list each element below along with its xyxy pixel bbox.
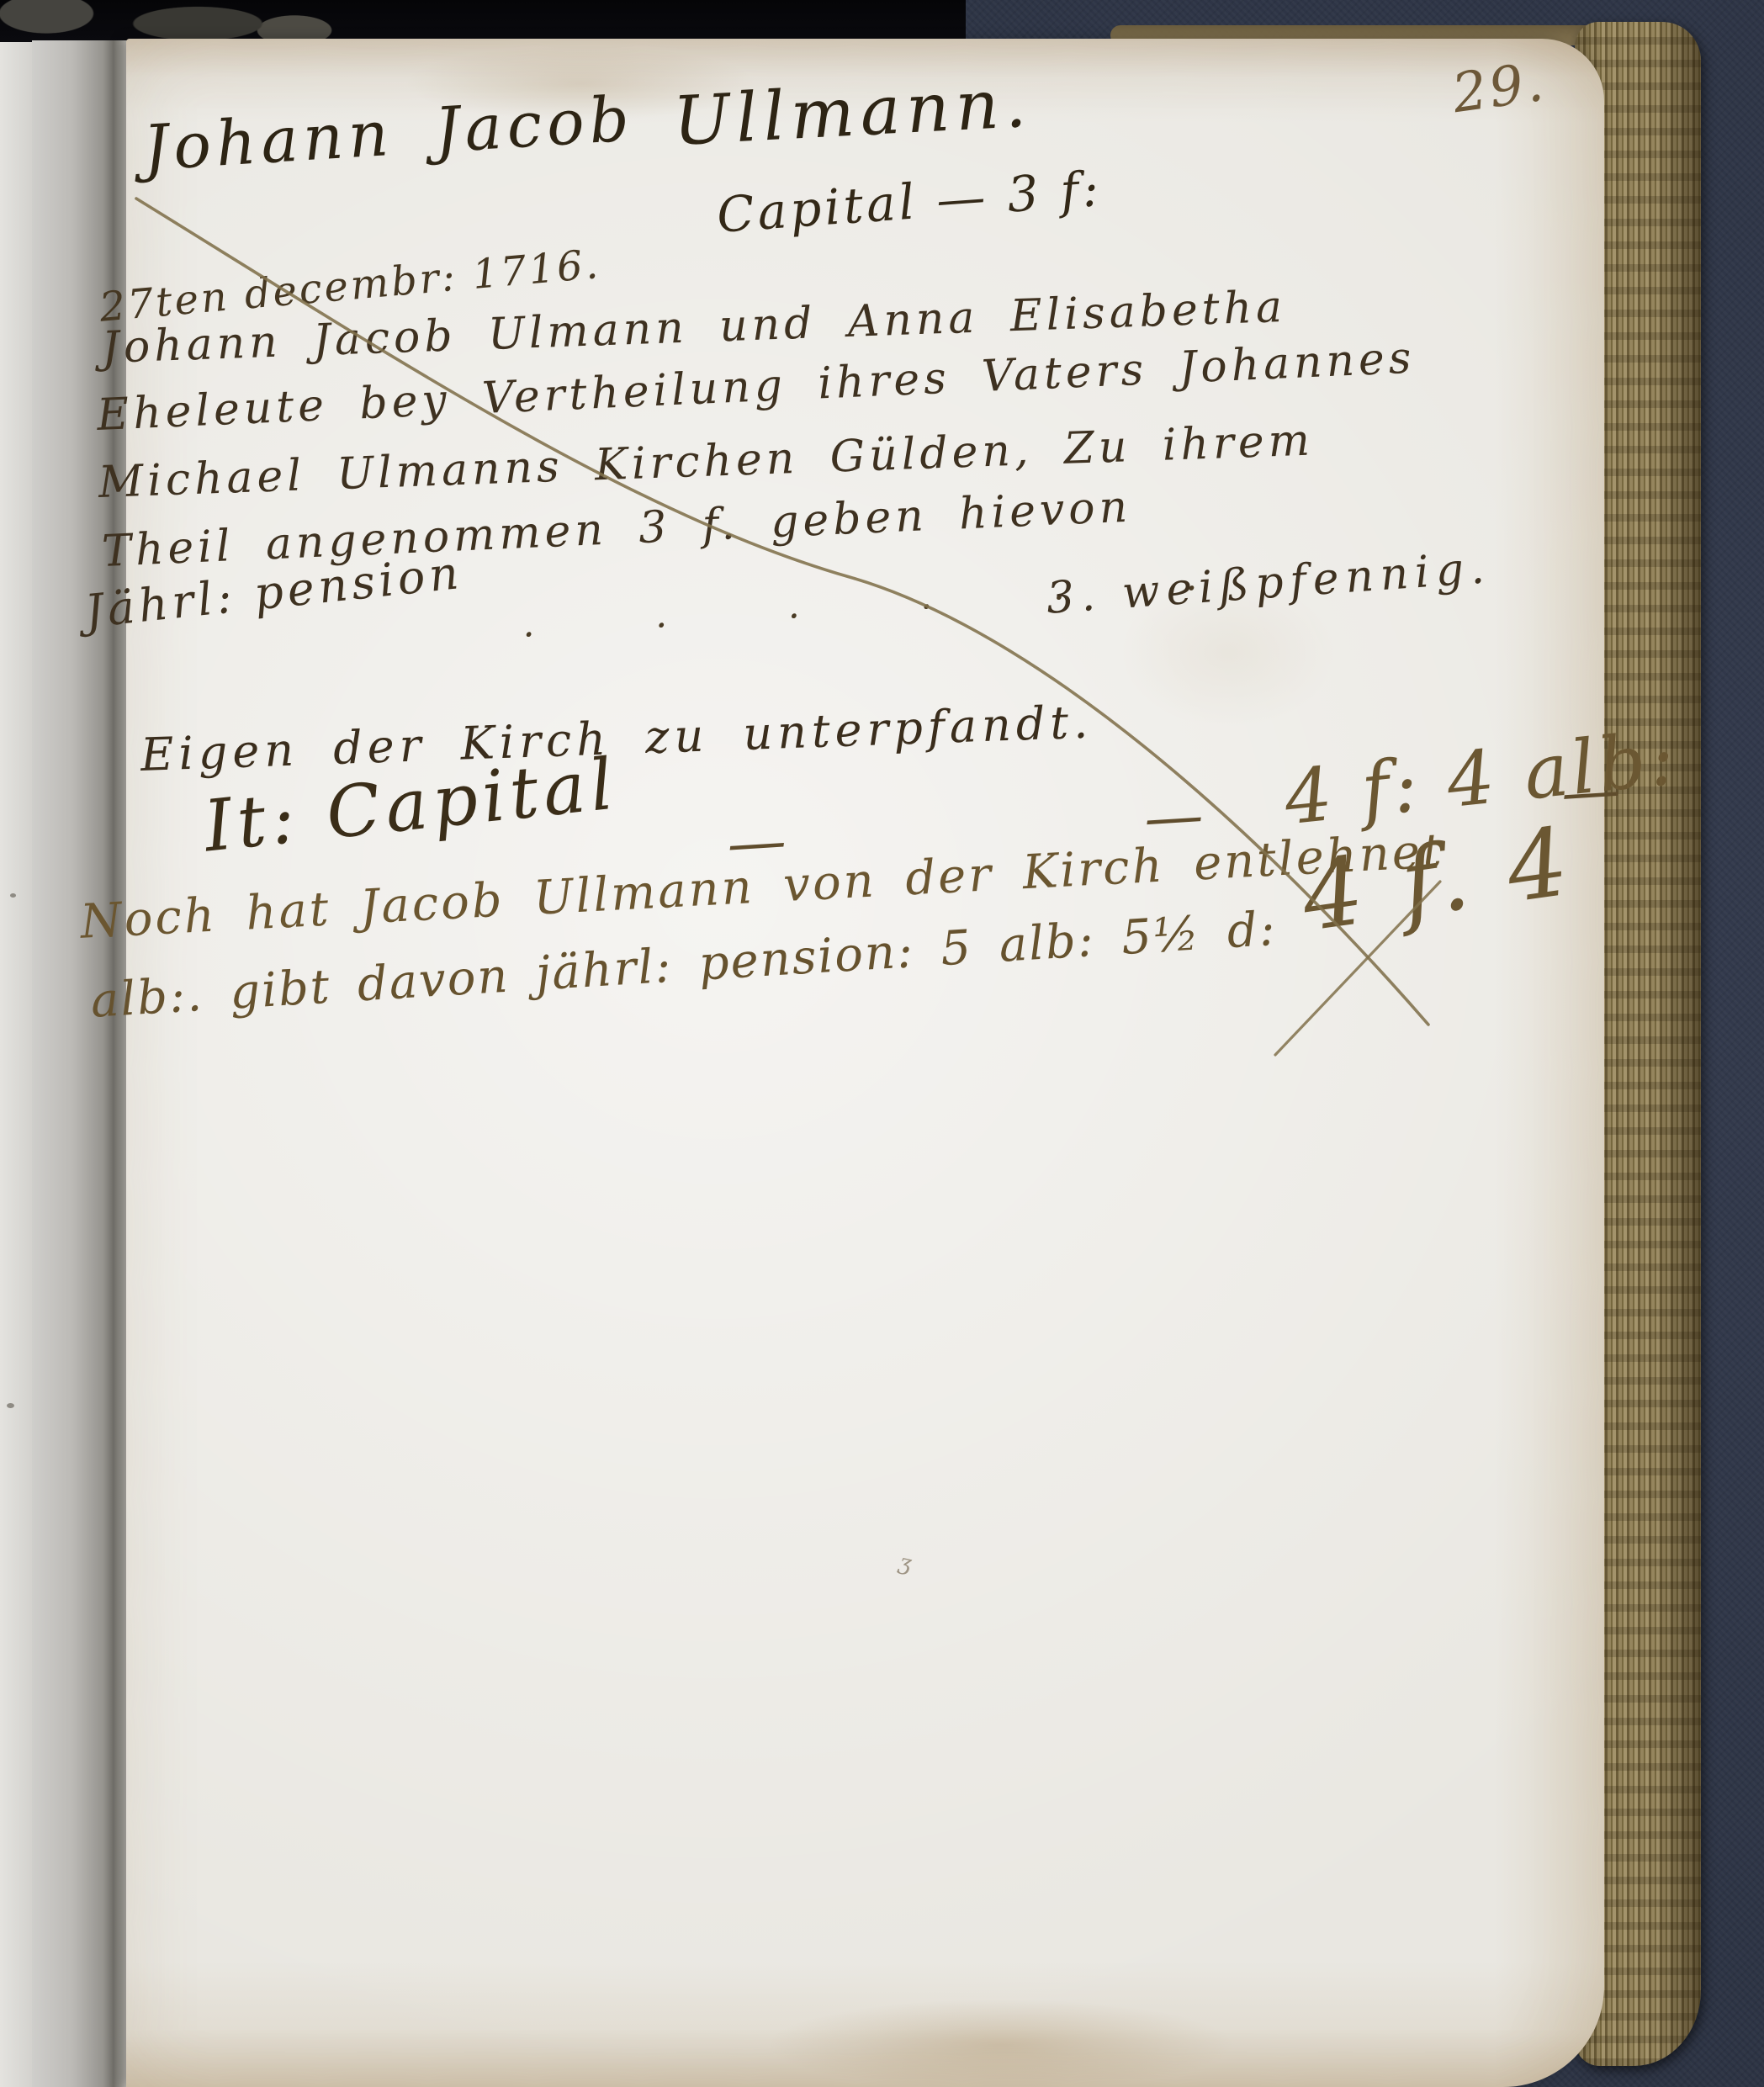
ledger-page: 29. Johann Jacob Ullmann. Capital — 3 f:… xyxy=(126,39,1604,2087)
pledge-line: Eigen der Kirch zu unterpfandt. xyxy=(140,695,1094,781)
ink-speck xyxy=(7,1403,14,1408)
pension-value: 3. weißpfennig. xyxy=(1045,543,1492,624)
heading-name-left: Johann Jacob xyxy=(141,82,636,184)
manuscript-scan: 29. Johann Jacob Ullmann. Capital — 3 f:… xyxy=(0,0,1764,2087)
stray-ink-mark: ʒ xyxy=(897,1549,914,1576)
ink-speck xyxy=(10,893,16,898)
previous-page-sliver xyxy=(0,42,32,2087)
page-number: 29. xyxy=(1449,51,1549,126)
heading-capital-line: Capital — 3 f: xyxy=(715,160,1104,244)
stain xyxy=(765,1999,1237,2087)
heading-name-right: Ullmann. xyxy=(671,64,1034,161)
